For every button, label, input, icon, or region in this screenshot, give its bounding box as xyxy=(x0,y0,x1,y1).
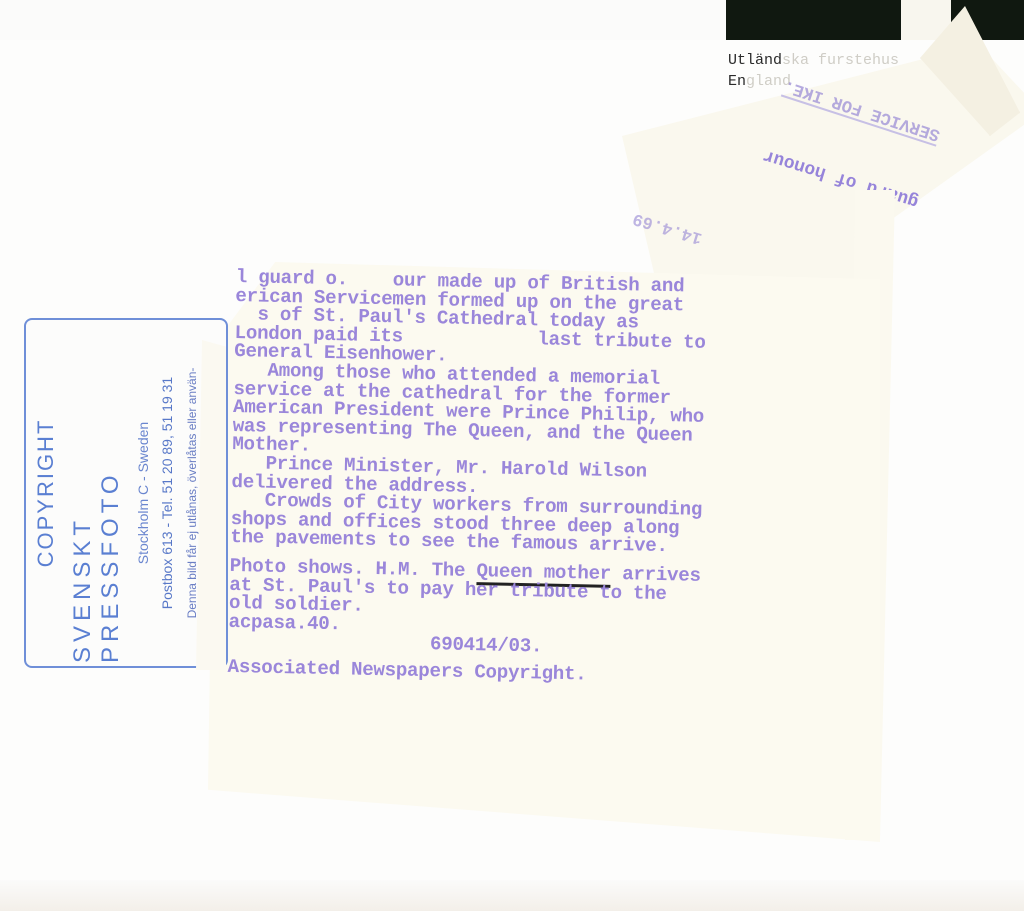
photo-backing-bottom xyxy=(0,880,1024,911)
stamp-content: COPYRIGHT SVENSKT PRESSFOTO Stockholm C … xyxy=(31,323,221,663)
stamp-postbox: Postbox 613 - Tel. 51 20 89, 51 19 31 xyxy=(159,377,175,609)
stamp-brand: SVENSKT PRESSFOTO xyxy=(69,323,125,663)
stamp-city: Stockholm C - Sweden xyxy=(135,422,151,564)
caption-text: l guard o. our made up of British and er… xyxy=(227,268,706,686)
archive-label-line1: Utländska furstehus xyxy=(728,52,899,69)
label-line1-faded: ska furstehus xyxy=(782,52,899,69)
label-line2-visible: En xyxy=(728,73,746,90)
stamp-note-line1: Denna bild får ej utlånas, överlåtas ell… xyxy=(185,368,199,619)
stamp-title: COPYRIGHT xyxy=(33,419,59,568)
label-line1-visible: Utländ xyxy=(728,52,782,69)
archive-label-line2: England xyxy=(728,73,791,90)
